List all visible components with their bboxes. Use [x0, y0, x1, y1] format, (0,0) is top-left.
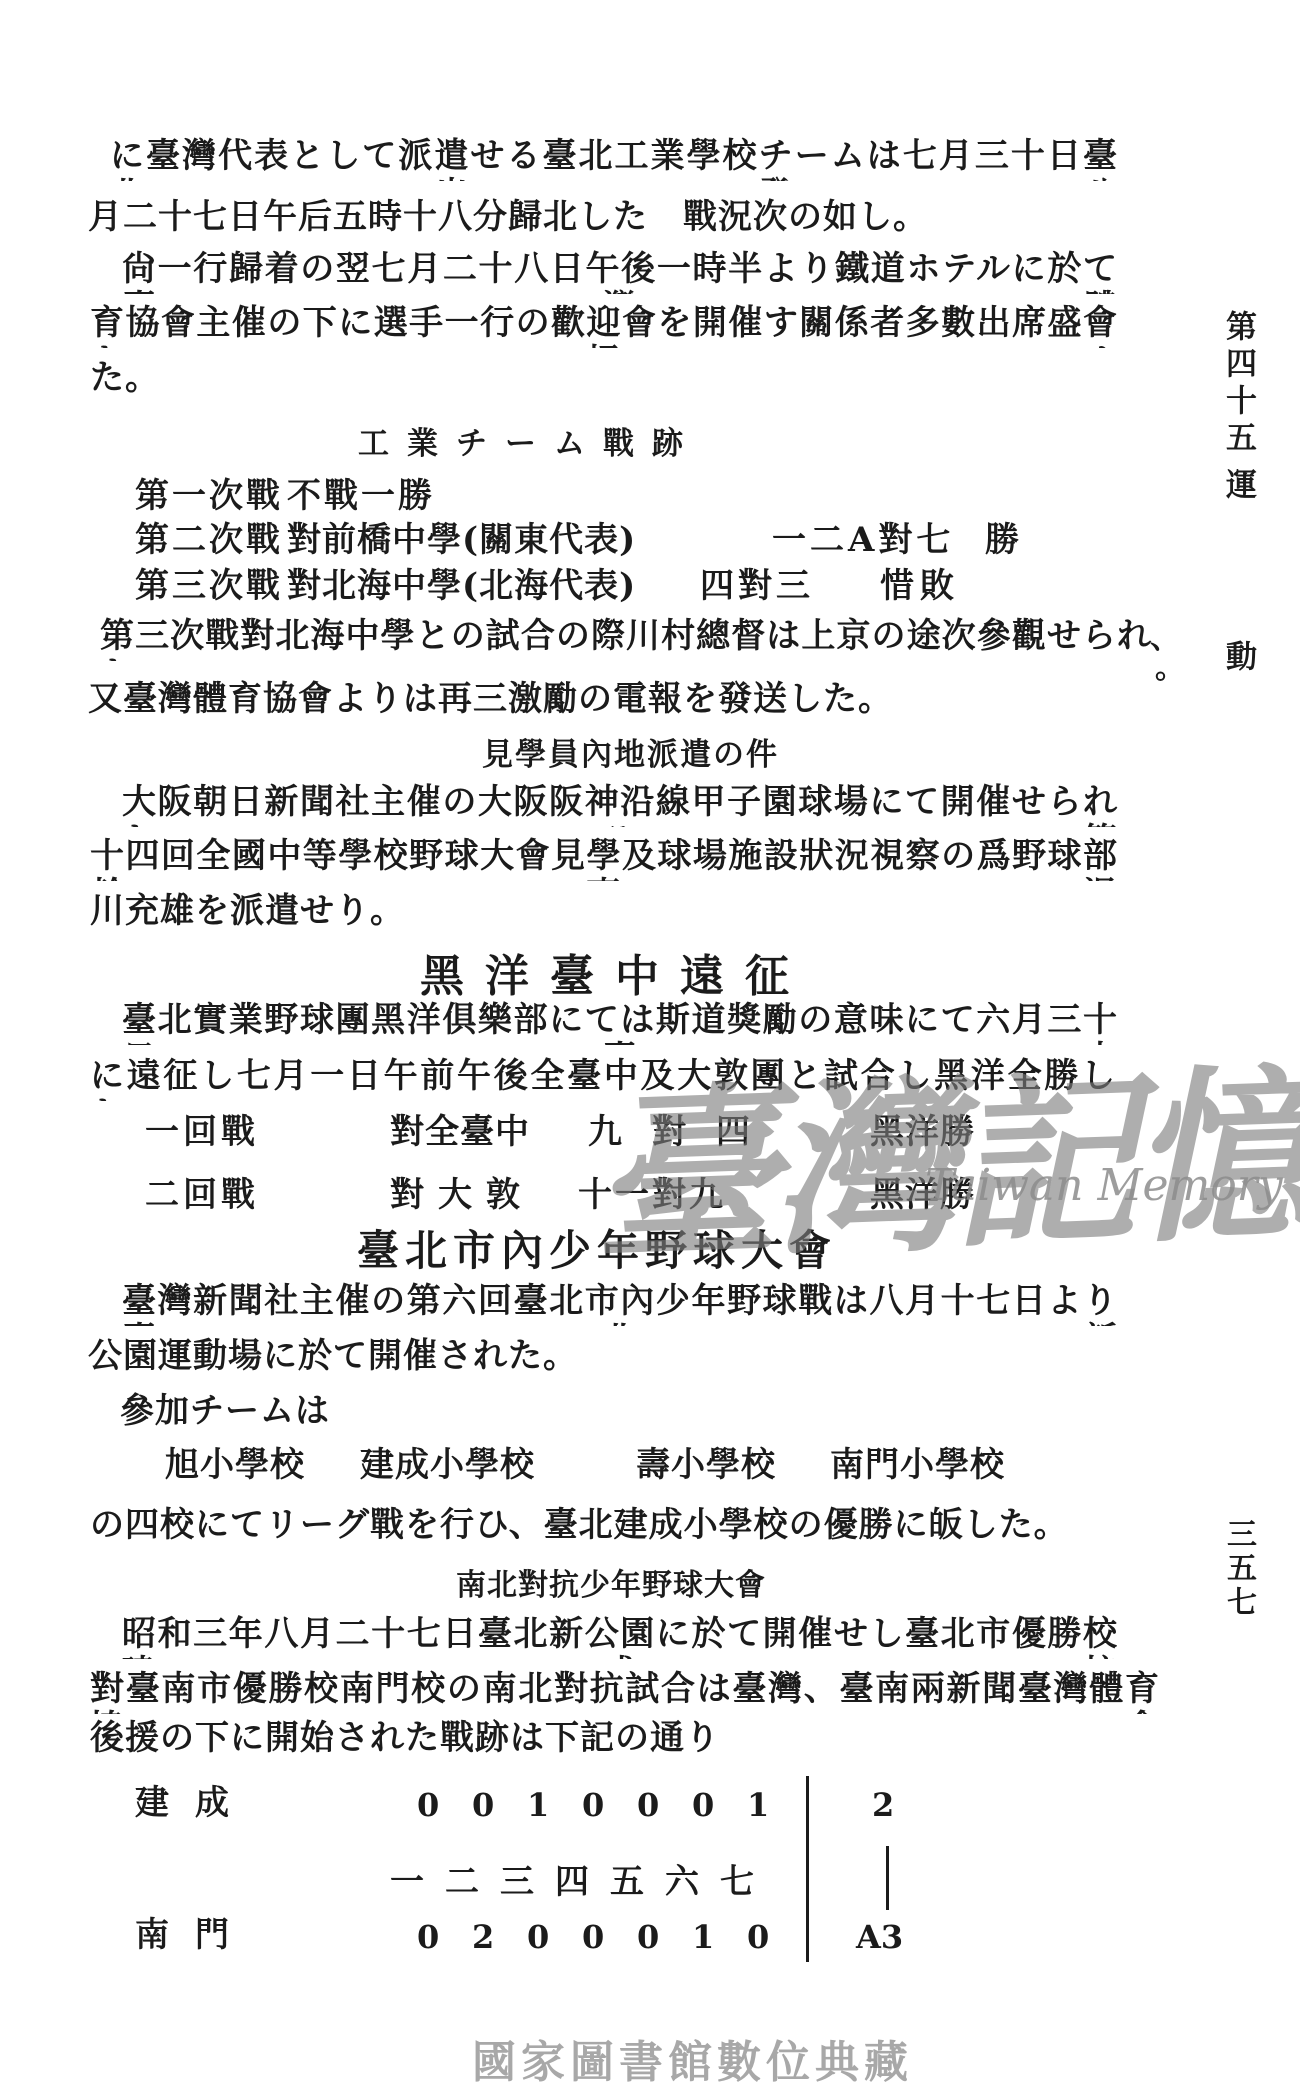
margin-chapter-label: 第四十五	[1216, 310, 1261, 458]
score-total: 2	[872, 1786, 894, 1824]
body-line: に臺灣代表として派遣せる臺北工業學校チームは七月三十日臺北出發八	[110, 137, 1118, 181]
score-digit: 0	[747, 1918, 769, 1956]
match-row-opponent: 對大敦	[390, 1176, 534, 1215]
heading-taipei-youth-tournament: 臺北市內少年野球大會	[357, 1218, 837, 1278]
match-row-opponent: 不戰一勝	[287, 477, 435, 516]
body-line: 對臺南市優勝校南門校の南北對抗試合は臺灣、臺南兩新聞臺灣體育協會	[90, 1670, 1160, 1714]
scanned-document-page: に臺灣代表として派遣せる臺北工業學校チームは七月三十日臺北出發八 月二十七日午后…	[0, 0, 1300, 2100]
match-row-score: 九對四	[588, 1113, 780, 1152]
match-row-label: 一回戰	[145, 1113, 259, 1152]
match-row-score: 十一對九	[578, 1176, 726, 1215]
score-digit: 0	[417, 1918, 439, 1956]
match-row-label: 第三次戰	[135, 567, 283, 606]
match-row-score: 四對三	[700, 567, 814, 606]
match-row-opponent: 對前橋中學(關東代表)	[287, 521, 636, 560]
body-line: 育協會主催の下に選手一行の歡迎會を開催す關係者多數出席盛會を極め	[90, 304, 1118, 348]
score-digit: 0	[692, 1786, 714, 1824]
heading-inspection-dispatch: 見學員內地派遣の件	[482, 729, 779, 774]
score-divider-line	[806, 1776, 809, 1962]
library-stamp: 國家圖書館數位典藏	[472, 2026, 913, 2090]
match-row-result: 黑洋勝	[870, 1113, 975, 1152]
score-digit: 0	[527, 1918, 549, 1956]
school-name: 旭小學校	[165, 1446, 305, 1485]
inning-label: 二	[445, 1854, 479, 1903]
inning-label: 一	[390, 1854, 424, 1903]
match-row-result: 勝	[985, 521, 1020, 560]
inning-label: 六	[665, 1854, 699, 1903]
heading-kokuyo-expedition: 黑洋臺中遠征	[420, 940, 810, 1004]
match-row-score: 一二A對七	[772, 521, 954, 560]
margin-section-label: 運	[1216, 468, 1261, 505]
inning-label: 七	[720, 1854, 754, 1903]
body-line: の四校にてリーグ戰を行ひ、臺北建成小學校の優勝に皈した。	[90, 1506, 1069, 1545]
score-total: A3	[856, 1918, 903, 1956]
heading-north-south-tournament: 南北對抗少年野球大會	[456, 1560, 766, 1604]
body-line: 川充雄を派遣せり。	[90, 892, 405, 931]
body-line: 月二十七日午后五時十八分歸北した 戰況次の如し。	[88, 198, 928, 237]
body-line: に遠征し七月一日午前午後全臺中及大敦團と試合し黑洋全勝した。	[90, 1057, 1116, 1101]
body-line: 後援の下に開始された戰跡は下記の通り	[90, 1719, 720, 1758]
page-number: 三五七	[1216, 1518, 1260, 1620]
score-digit: 0	[637, 1918, 659, 1956]
inning-label: 四	[555, 1854, 589, 1903]
match-row-opponent: 對全臺中	[390, 1113, 530, 1152]
body-line: 臺灣新聞社主催の第六回臺北市內少年野球戰は八月十七日より臺北新	[122, 1282, 1118, 1326]
body-line: 又臺灣體育協會よりは再三激勵の電報を發送した。	[88, 680, 893, 719]
body-line: 公園運動場に於て開催された。	[88, 1337, 578, 1376]
team-name: 建成	[135, 1784, 255, 1823]
score-digit: 0	[472, 1786, 494, 1824]
body-line: 十四回全國中等學校野球大會見學及球場施設狀況視察の爲野球部幹事湯	[90, 837, 1118, 881]
match-row-label: 第二次戰	[135, 521, 283, 560]
body-line: 參加チームは	[120, 1392, 330, 1431]
margin-punctuation: 。	[1155, 652, 1186, 687]
school-name: 壽小學校	[636, 1446, 776, 1485]
body-line: 臺北實業野球團黑洋俱樂部にては斯道獎勵の意味にて六月三十日臺中	[122, 1001, 1118, 1045]
score-digit: 0	[637, 1786, 659, 1824]
score-digit: 2	[472, 1918, 494, 1956]
match-row-label: 二回戰	[145, 1176, 259, 1215]
heading-industry-record: 工業チーム戰跡	[358, 418, 701, 463]
score-digit: 0	[582, 1918, 604, 1956]
inning-label: 三	[500, 1854, 534, 1903]
body-line: 昭和三年八月二十七日臺北新公園に於て開催せし臺北市優勝校建成校	[122, 1615, 1118, 1659]
match-row-opponent: 對北海中學(北海代表)	[287, 567, 636, 606]
score-digit: 0	[582, 1786, 604, 1824]
score-digit: 1	[692, 1918, 714, 1956]
body-line: 大阪朝日新聞社主催の大阪阪神沿線甲子園球場にて開催せられたる第	[122, 783, 1118, 827]
match-row-result: 惜敗	[880, 567, 960, 606]
school-name: 南門小學校	[830, 1446, 1005, 1485]
body-line: 尙一行歸着の翌七月二十八日午後一時半より鐵道ホテルに於て臺灣體	[122, 250, 1118, 294]
score-digit: 1	[747, 1786, 769, 1824]
school-name: 建成小學校	[360, 1446, 535, 1485]
inning-label: 五	[610, 1854, 644, 1903]
team-name: 南門	[135, 1916, 255, 1955]
body-line: た。	[90, 359, 160, 398]
score-total-divider-line	[886, 1846, 889, 1910]
body-line: 第三次戰對北海中學との試合の際川村總督は上京の途次參觀せられた	[100, 617, 1152, 661]
score-digit: 0	[417, 1786, 439, 1824]
archive-watermark-latin: Taiwan Memory	[925, 1160, 1283, 1211]
match-row-label: 第一次戰	[135, 477, 283, 516]
score-digit: 1	[527, 1786, 549, 1824]
margin-section-label: 動	[1216, 640, 1261, 677]
